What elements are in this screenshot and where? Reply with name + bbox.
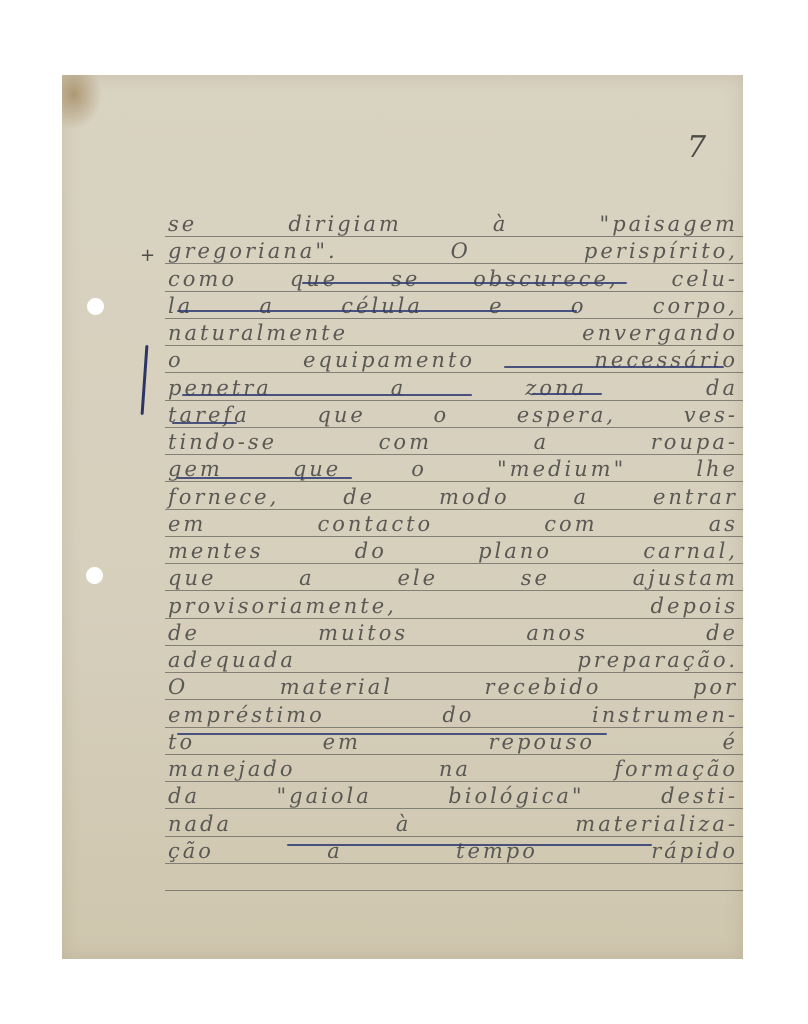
handwritten-line (168, 866, 738, 893)
handwritten-line: sedirigiamà"paisagem (168, 212, 738, 239)
handwritten-line: laacélulaeocorpo, (168, 294, 738, 321)
underline-envergando (504, 366, 724, 368)
handwritten-line: gregoriana".Operispírito, (168, 239, 738, 266)
margin-bar-mark (141, 345, 149, 415)
underline-equipamento (182, 394, 472, 396)
handwritten-line: tindo-secomaroupa- (168, 430, 738, 457)
handwritten-line: nadaàmaterializa- (168, 812, 738, 839)
underline-gaiola-biologica (287, 844, 652, 846)
handwritten-line: Omaterialrecebidopor (168, 675, 738, 702)
underline-obscurece (177, 310, 577, 312)
handwritten-line: emcontactocomas (168, 512, 738, 539)
underline-perispirito (302, 282, 627, 284)
handwritten-line: naturalmenteenvergando (168, 321, 738, 348)
underline-material-recebido (177, 733, 607, 735)
punch-hole-top (87, 298, 104, 315)
page-number: 7 (687, 130, 706, 165)
underline-penetra (172, 422, 237, 424)
handwritten-line: tarefaqueoespera,ves- (168, 403, 738, 430)
handwritten-line: provisoriamente,depois (168, 594, 738, 621)
paper-stain (62, 75, 102, 130)
handwritten-line: demuitosanosde (168, 621, 738, 648)
handwritten-line: fornece,demodoaentrar (168, 485, 738, 512)
handwritten-line: da"gaiolabiológica"desti- (168, 784, 738, 811)
handwritten-line: manejadonaformação (168, 757, 738, 784)
handwritten-line: çãoatemporápido (168, 839, 738, 866)
handwritten-line: gemqueo"medium"lhe (168, 457, 738, 484)
manuscript-page: 7 + sedirigiamà"paisagemgregoriana".Oper… (62, 75, 743, 959)
handwritten-line: penetraazonada (168, 376, 738, 403)
handwritten-line: queaeleseajustam (168, 566, 738, 593)
underline-necessario (532, 393, 602, 395)
punch-hole-bottom (86, 567, 103, 584)
underline-vestindo (177, 477, 352, 479)
handwritten-line: empréstimodoinstrumen- (168, 703, 738, 730)
handwritten-line: adequadapreparação. (168, 648, 738, 675)
handwritten-line: mentesdoplanocarnal, (168, 539, 738, 566)
margin-plus-mark: + (140, 245, 155, 266)
handwritten-line: oequipamentonecessário (168, 348, 738, 375)
handwritten-line: comoqueseobscurece,celu- (168, 267, 738, 294)
